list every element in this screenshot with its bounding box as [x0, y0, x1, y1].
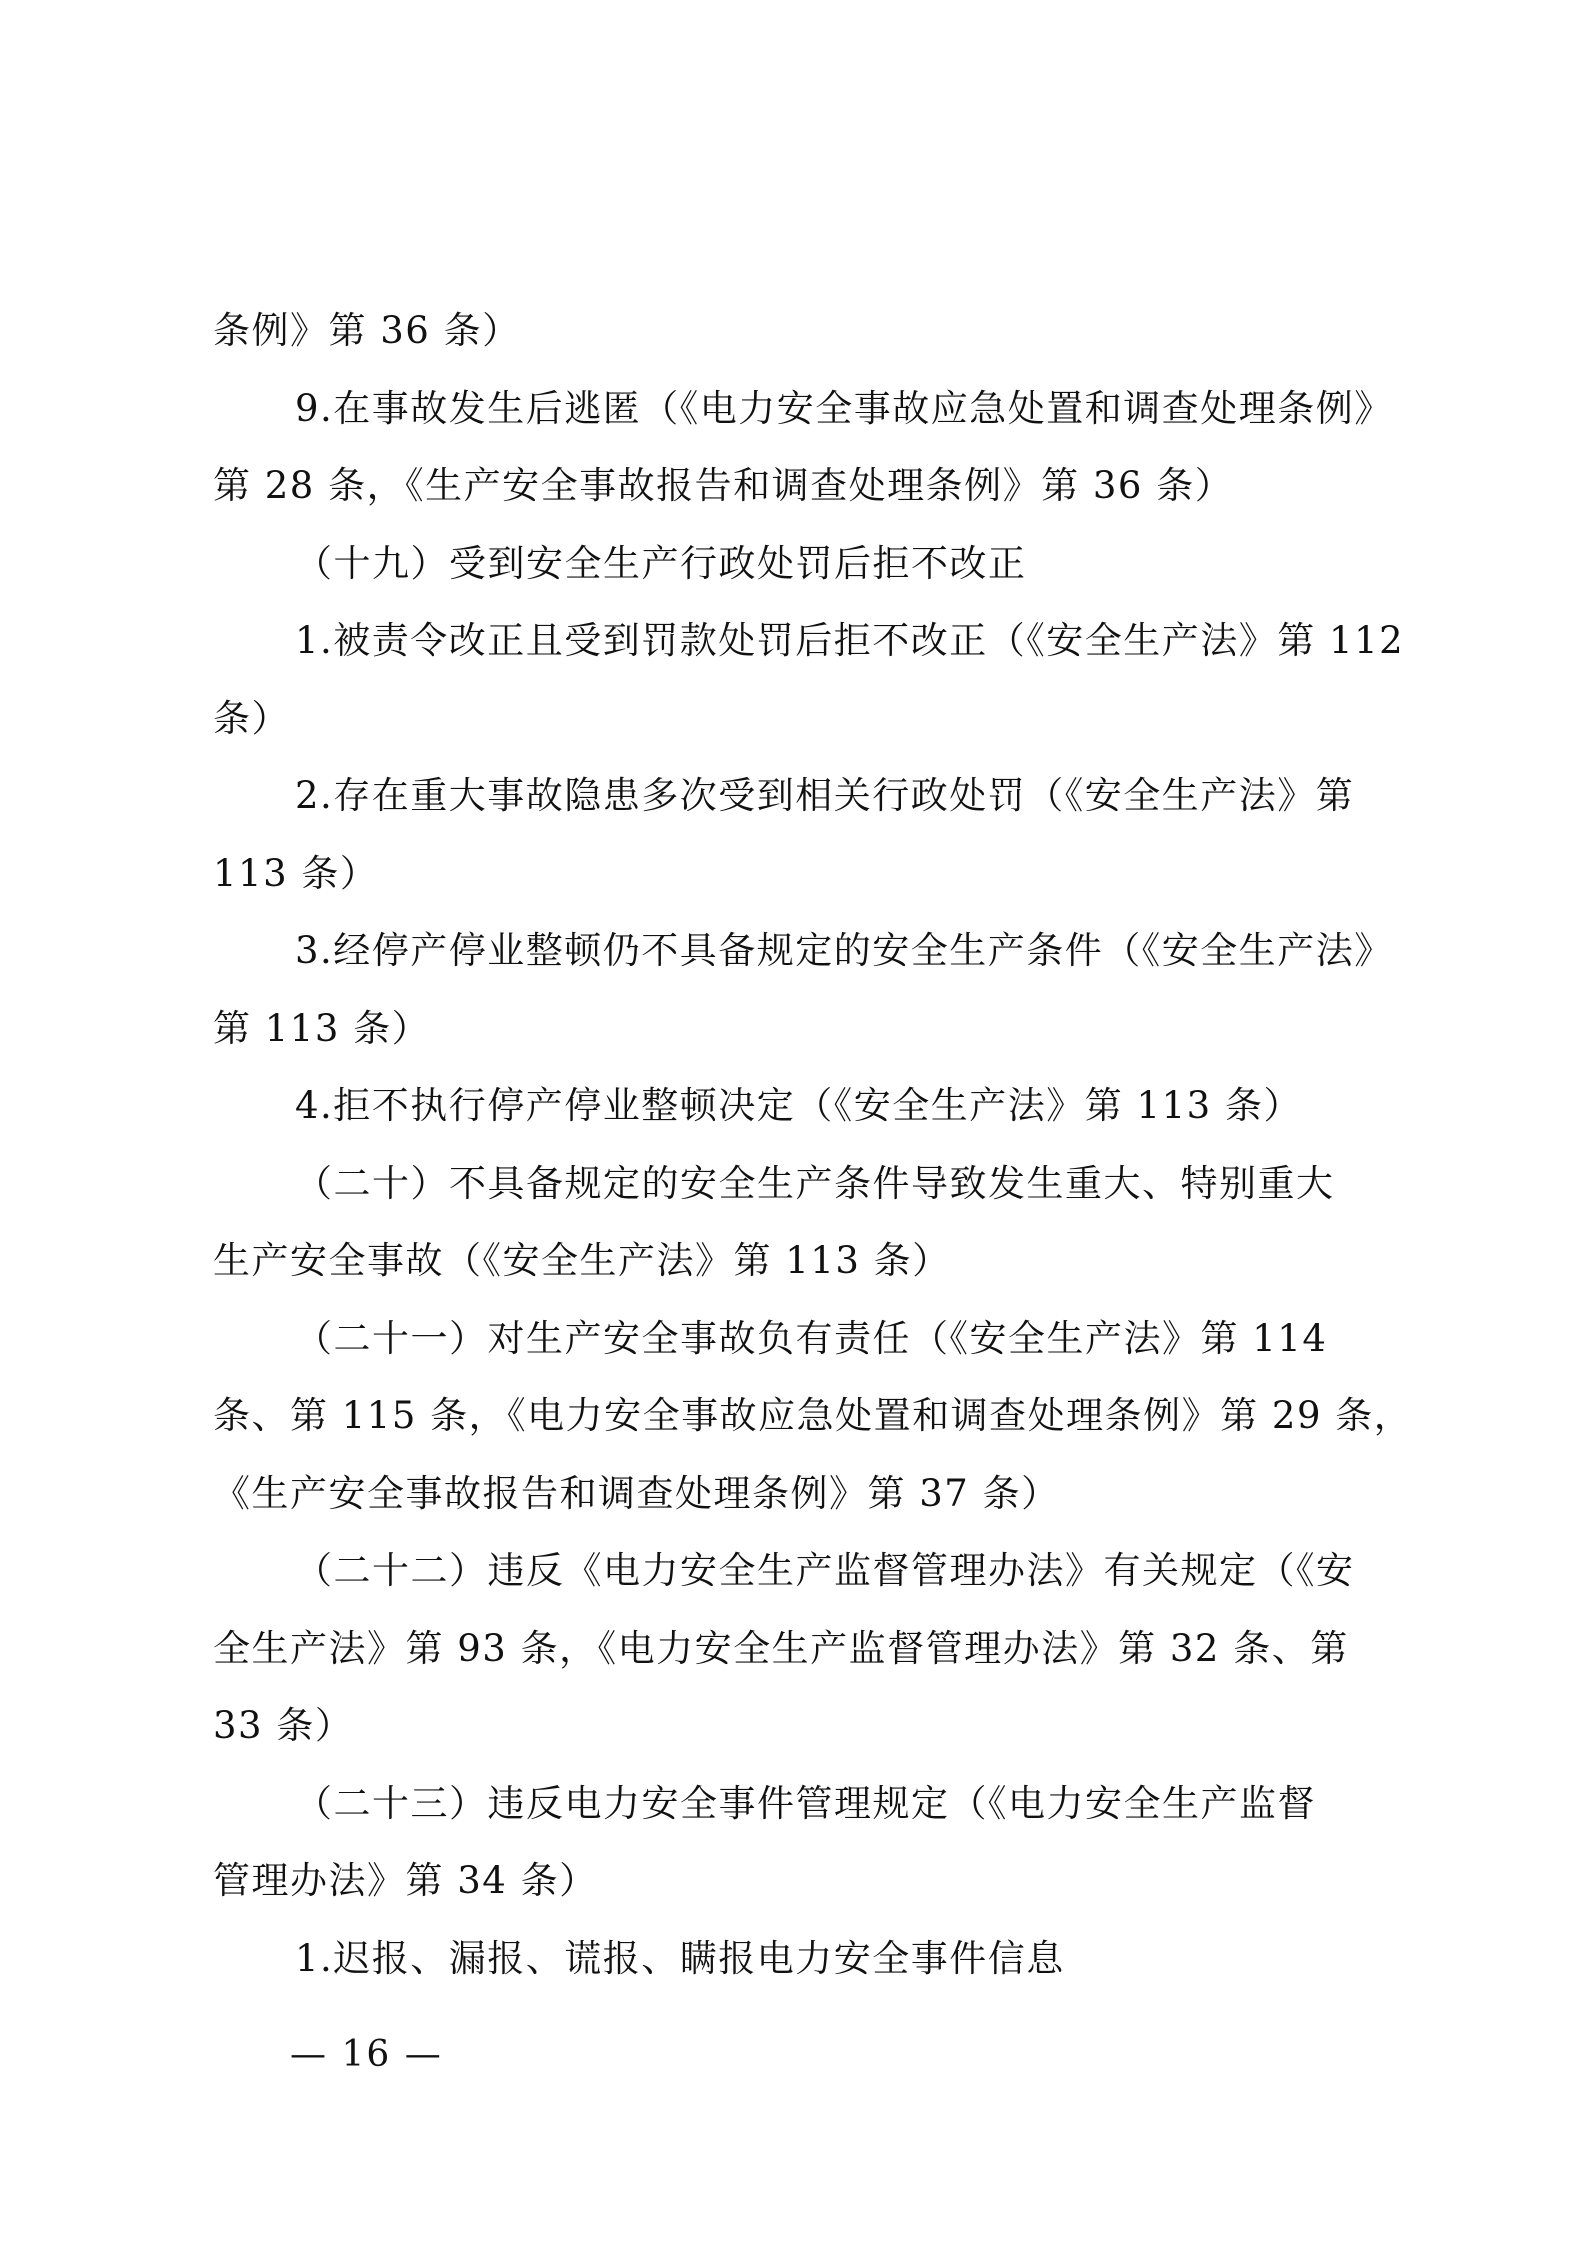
document-page: 条例》第 36 条） 9.在事故发生后逃匿（《电力安全事故应急处置和调查处理条例… — [0, 0, 1587, 2245]
text-line-continuation: 第 28 条，《生产安全事故报告和调查处理条例》第 36 条） — [213, 447, 1397, 525]
text-line-continuation: 全生产法》第 93 条，《电力安全生产监督管理办法》第 32 条、第 — [213, 1610, 1397, 1688]
text-line-continuation: 113 条） — [213, 835, 1397, 913]
body-text: 条例》第 36 条） 9.在事故发生后逃匿（《电力安全事故应急处置和调查处理条例… — [213, 292, 1397, 1997]
text-line-item-9: 9.在事故发生后逃匿（《电力安全事故应急处置和调查处理条例》 — [213, 370, 1397, 448]
document-body: 条例》第 36 条） 9.在事故发生后逃匿（《电力安全事故应急处置和调查处理条例… — [213, 292, 1397, 1997]
section-heading-21: （二十一）对生产安全事故负有责任（《安全生产法》第 114 — [213, 1300, 1397, 1378]
text-line-continuation: 管理办法》第 34 条） — [213, 1842, 1397, 1920]
section-heading-22: （二十二）违反《电力安全生产监督管理办法》有关规定（《安 — [213, 1532, 1397, 1610]
text-line-item-4: 4.拒不执行停产停业整顿决定（《安全生产法》第 113 条） — [213, 1067, 1397, 1145]
page-number: — 16 — — [290, 2030, 443, 2080]
text-line-continuation: 条、第 115 条，《电力安全事故应急处置和调查处理条例》第 29 条， — [213, 1377, 1397, 1455]
text-line-item-1: 1.迟报、漏报、谎报、瞒报电力安全事件信息 — [213, 1920, 1397, 1998]
section-heading-19: （十九）受到安全生产行政处罚后拒不改正 — [213, 525, 1397, 603]
text-line-continuation: 《生产安全事故报告和调查处理条例》第 37 条） — [213, 1455, 1397, 1533]
text-line-item-3: 3.经停产停业整顿仍不具备规定的安全生产条件（《安全生产法》 — [213, 912, 1397, 990]
section-heading-23: （二十三）违反电力安全事件管理规定（《电力安全生产监督 — [213, 1765, 1397, 1843]
section-heading-20: （二十）不具备规定的安全生产条件导致发生重大、特别重大 — [213, 1145, 1397, 1223]
text-line-item-2: 2.存在重大事故隐患多次受到相关行政处罚（《安全生产法》第 — [213, 757, 1397, 835]
text-line-item-1: 1.被责令改正且受到罚款处罚后拒不改正（《安全生产法》第 112 — [213, 602, 1397, 680]
text-line-continuation: 第 113 条） — [213, 990, 1397, 1068]
text-line-continuation: 条） — [213, 680, 1397, 758]
text-line-continuation: 33 条） — [213, 1687, 1397, 1765]
text-line-continuation: 条例》第 36 条） — [213, 292, 1397, 370]
text-line-continuation: 生产安全事故（《安全生产法》第 113 条） — [213, 1222, 1397, 1300]
